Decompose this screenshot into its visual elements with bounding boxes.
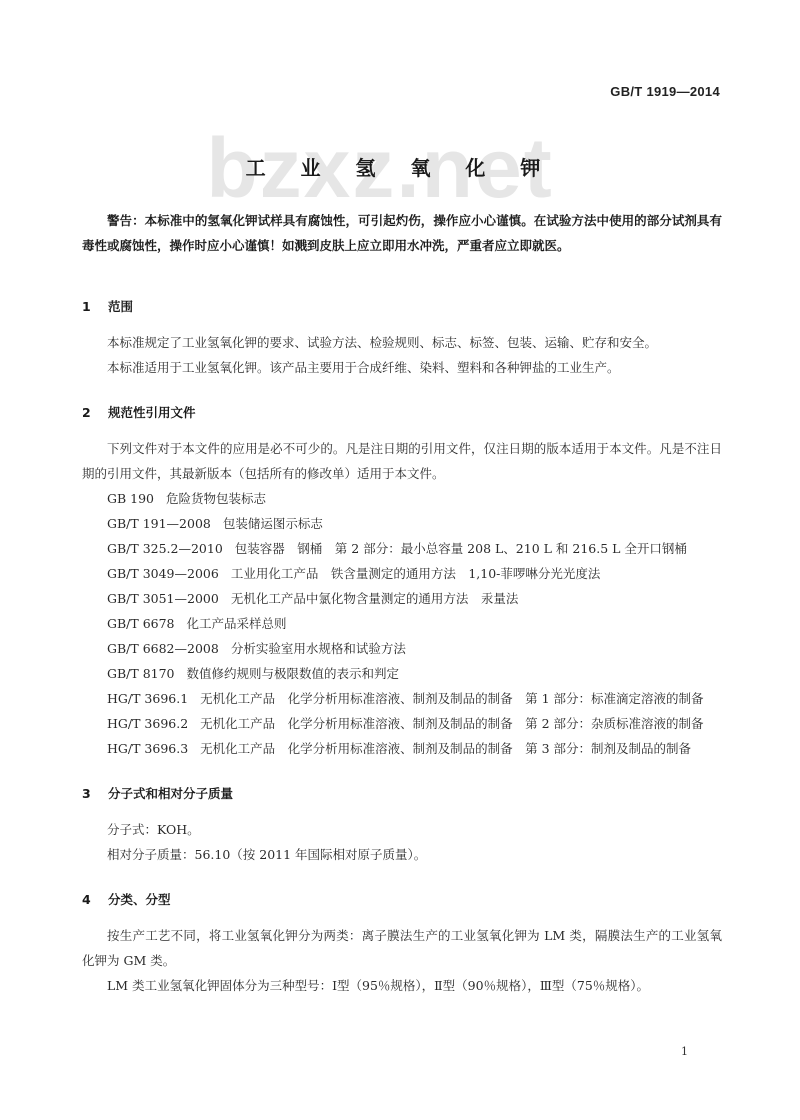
reference-item: GB/T 3051—2000无机化工产品中氯化物含量测定的通用方法 汞量法 bbox=[82, 586, 722, 611]
section-title: 范围 bbox=[108, 299, 133, 314]
reference-code: GB/T 6682—2008 bbox=[107, 641, 219, 656]
reference-item: GB/T 6678化工产品采样总则 bbox=[82, 611, 722, 636]
reference-item: HG/T 3696.2无机化工产品 化学分析用标准溶液、制剂及制品的制备 第 2… bbox=[82, 711, 722, 736]
document-body: 1范围 本标准规定了工业氢氧化钾的要求、试验方法、检验规则、标志、标签、包装、运… bbox=[82, 296, 722, 998]
reference-title: 分析实验室用水规格和试验方法 bbox=[231, 641, 406, 656]
reference-code: GB/T 325.2—2010 bbox=[107, 541, 223, 556]
reference-code: GB/T 3051—2000 bbox=[107, 591, 219, 606]
reference-code: HG/T 3696.1 bbox=[107, 691, 188, 706]
section-heading-2: 2规范性引用文件 bbox=[82, 402, 722, 424]
reference-title: 包装储运图示标志 bbox=[223, 516, 323, 531]
warning-notice: 警告：本标准中的氢氧化钾试样具有腐蚀性，可引起灼伤，操作应小心谨慎。在试验方法中… bbox=[82, 208, 722, 258]
section-heading-3: 3分子式和相对分子质量 bbox=[82, 783, 722, 805]
section-heading-4: 4分类、分型 bbox=[82, 889, 722, 911]
reference-item: GB/T 8170数值修约规则与极限数值的表示和判定 bbox=[82, 661, 722, 686]
reference-title: 包装容器 钢桶 第 2 部分：最小总容量 208 L、210 L 和 216.5… bbox=[235, 541, 687, 556]
standard-code: GB/T 1919—2014 bbox=[610, 84, 720, 99]
reference-title: 工业用化工产品 铁含量测定的通用方法 1,10-菲啰啉分光光度法 bbox=[231, 566, 601, 581]
section-number: 2 bbox=[82, 402, 108, 424]
section-title: 分子式和相对分子质量 bbox=[108, 786, 233, 801]
reference-item: GB/T 191—2008包装储运图示标志 bbox=[82, 511, 722, 536]
document-title: 工 业 氢 氧 化 钾 bbox=[0, 152, 800, 181]
reference-title: 无机化工产品 化学分析用标准溶液、制剂及制品的制备 第 2 部分：杂质标准溶液的… bbox=[200, 716, 703, 731]
reference-code: HG/T 3696.2 bbox=[107, 716, 188, 731]
page-number: 1 bbox=[681, 1045, 688, 1058]
reference-code: GB/T 8170 bbox=[107, 666, 175, 681]
paragraph: 按生产工艺不同，将工业氢氧化钾分为两类：离子膜法生产的工业氢氧化钾为 LM 类，… bbox=[82, 923, 722, 973]
reference-item: GB 190危险货物包装标志 bbox=[82, 486, 722, 511]
reference-code: GB/T 191—2008 bbox=[107, 516, 211, 531]
paragraph: 本标准适用于工业氢氧化钾。该产品主要用于合成纤维、染料、塑料和各种钾盐的工业生产… bbox=[82, 355, 722, 380]
paragraph: 分子式：KOH。 bbox=[82, 817, 722, 842]
reference-item: GB/T 325.2—2010包装容器 钢桶 第 2 部分：最小总容量 208 … bbox=[82, 536, 722, 561]
reference-title: 无机化工产品 化学分析用标准溶液、制剂及制品的制备 第 1 部分：标准滴定溶液的… bbox=[200, 691, 703, 706]
reference-title: 危险货物包装标志 bbox=[166, 491, 266, 506]
reference-code: GB 190 bbox=[107, 491, 154, 506]
section-number: 3 bbox=[82, 783, 108, 805]
reference-title: 化工产品采样总则 bbox=[187, 616, 287, 631]
reference-title: 无机化工产品中氯化物含量测定的通用方法 汞量法 bbox=[231, 591, 519, 606]
reference-item: GB/T 6682—2008分析实验室用水规格和试验方法 bbox=[82, 636, 722, 661]
reference-item: GB/T 3049—2006工业用化工产品 铁含量测定的通用方法 1,10-菲啰… bbox=[82, 561, 722, 586]
reference-code: GB/T 6678 bbox=[107, 616, 175, 631]
reference-code: GB/T 3049—2006 bbox=[107, 566, 219, 581]
paragraph: 相对分子质量：56.10（按 2011 年国际相对原子质量）。 bbox=[82, 842, 722, 867]
reference-item: HG/T 3696.1无机化工产品 化学分析用标准溶液、制剂及制品的制备 第 1… bbox=[82, 686, 722, 711]
section-heading-1: 1范围 bbox=[82, 296, 722, 318]
reference-title: 数值修约规则与极限数值的表示和判定 bbox=[187, 666, 400, 681]
paragraph: 本标准规定了工业氢氧化钾的要求、试验方法、检验规则、标志、标签、包装、运输、贮存… bbox=[82, 330, 722, 355]
reference-code: HG/T 3696.3 bbox=[107, 741, 188, 756]
section-number: 1 bbox=[82, 296, 108, 318]
paragraph: LM 类工业氢氧化钾固体分为三种型号：Ⅰ型（95％规格），Ⅱ型（90％规格），Ⅲ… bbox=[82, 973, 722, 998]
section-title: 规范性引用文件 bbox=[108, 405, 196, 420]
section-number: 4 bbox=[82, 889, 108, 911]
reference-item: HG/T 3696.3无机化工产品 化学分析用标准溶液、制剂及制品的制备 第 3… bbox=[82, 736, 722, 761]
reference-title: 无机化工产品 化学分析用标准溶液、制剂及制品的制备 第 3 部分：制剂及制品的制… bbox=[200, 741, 691, 756]
paragraph: 下列文件对于本文件的应用是必不可少的。凡是注日期的引用文件，仅注日期的版本适用于… bbox=[82, 436, 722, 486]
section-title: 分类、分型 bbox=[108, 892, 171, 907]
